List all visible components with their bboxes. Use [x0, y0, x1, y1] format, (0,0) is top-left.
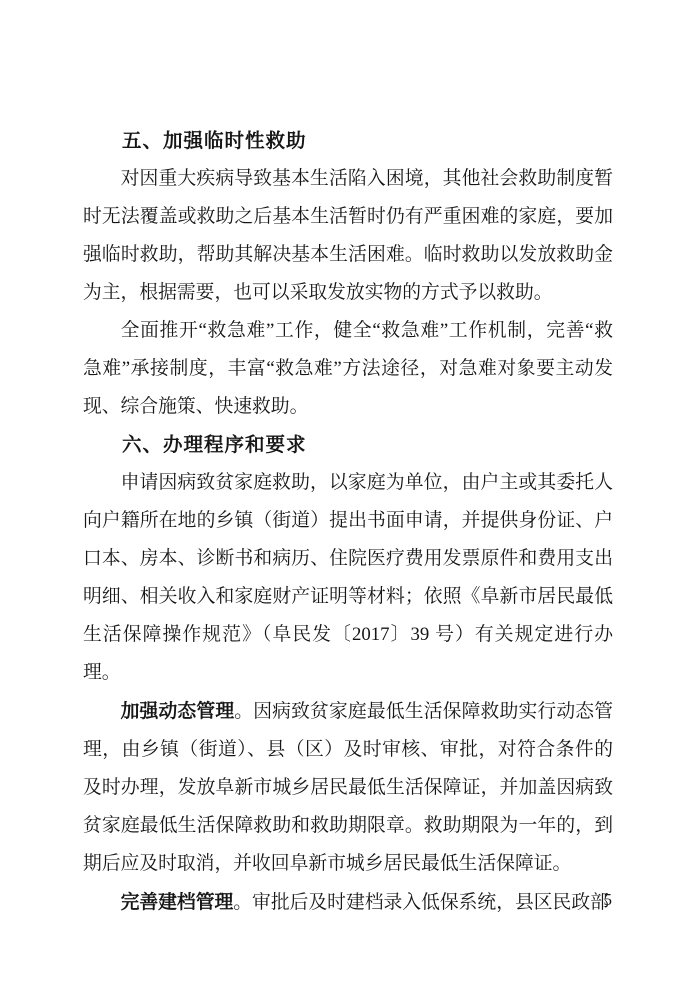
paragraph-archive-management: 完善建档管理。审批后及时建档录入低保系统，县区民政部	[83, 883, 613, 922]
paragraph-text: 。因病致贫家庭最低生活保障救助实行动态管理，由乡镇（街道）、县（区）及时审核、审…	[83, 701, 613, 874]
page-content: 五、加强临时性救助 对因重大疾病导致基本生活陷入困境，其他社会救助制度暂时无法覆…	[83, 122, 613, 922]
section-heading-5: 五、加强临时性救助	[83, 122, 613, 160]
page-number: 5	[604, 890, 613, 910]
paragraph-jiujinan-work: 全面推开“救急难”工作，健全“救急难”工作机制，完善“救急难”承接制度，丰富“救…	[83, 312, 613, 426]
paragraph-dynamic-management: 加强动态管理。因病致贫家庭最低生活保障救助实行动态管理，由乡镇（街道）、县（区）…	[83, 692, 613, 883]
paragraph-text: 申请因病致贫家庭救助，以家庭为单位，由户主或其委托人向户籍所在地的乡镇（街道）提…	[83, 472, 613, 683]
paragraph-application-procedure: 申请因病致贫家庭救助，以家庭为单位，由户主或其委托人向户籍所在地的乡镇（街道）提…	[83, 464, 613, 692]
bold-label-archive-management: 完善建档管理	[121, 891, 234, 912]
paragraph-temporary-assistance: 对因重大疾病导致基本生活陷入困境，其他社会救助制度暂时无法覆盖或救助之后基本生活…	[83, 160, 613, 312]
bold-label-dynamic-management: 加强动态管理	[121, 700, 235, 721]
paragraph-text: 对因重大疾病导致基本生活陷入困境，其他社会救助制度暂时无法覆盖或救助之后基本生活…	[83, 168, 613, 303]
section-heading-6: 六、办理程序和要求	[83, 426, 613, 464]
paragraph-text: 。审批后及时建档录入低保系统，县区民政部	[233, 892, 609, 913]
paragraph-text: 全面推开“救急难”工作，健全“救急难”工作机制，完善“救急难”承接制度，丰富“救…	[83, 320, 613, 417]
document-page: 五、加强临时性救助 对因重大疾病导致基本生活陷入困境，其他社会救助制度暂时无法覆…	[0, 0, 700, 990]
